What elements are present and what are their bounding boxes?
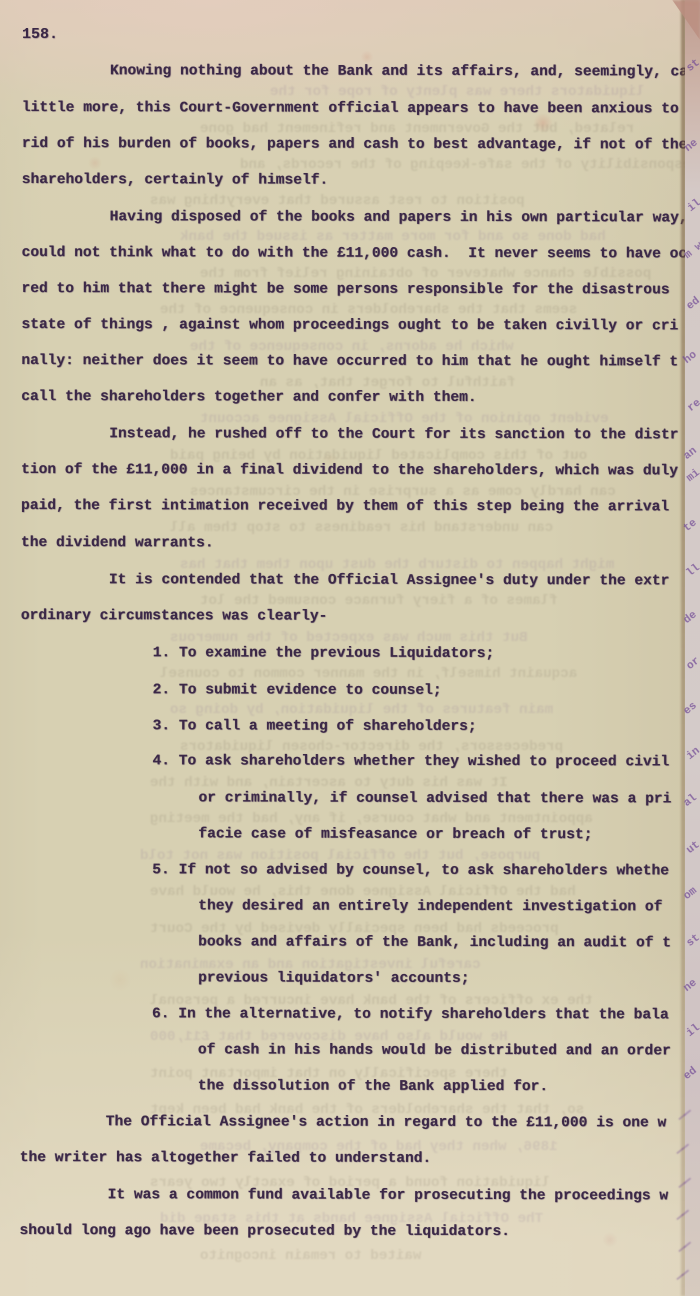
ink-mark: st	[685, 932, 700, 950]
ink-mark: de	[682, 609, 700, 627]
ink-mark: ne	[683, 137, 700, 155]
ink-mark: ——	[674, 1106, 694, 1126]
ink-mark: ——	[672, 1140, 692, 1160]
ink-mark: ll	[685, 562, 700, 580]
ink-mark: te	[682, 517, 700, 535]
ink-mark: in	[685, 745, 700, 763]
ink-mark: ut	[685, 839, 700, 857]
ink-mark: om	[682, 885, 700, 903]
ink-mark: il	[685, 1022, 700, 1040]
document-page: liquidators there was plenty of rope for…	[0, 0, 700, 1296]
ink-mark: al	[682, 792, 700, 810]
ink-mark: re	[686, 397, 700, 415]
ink-mark: ——	[674, 1174, 694, 1194]
ink-mark: mi	[685, 467, 700, 485]
ink-mark: es	[682, 700, 700, 718]
ink-mark: ——	[672, 1206, 692, 1226]
ink-mark: ——	[672, 1266, 692, 1286]
ink-mark: st	[685, 57, 700, 75]
ink-mark: m w	[682, 240, 700, 262]
ink-mark: ed	[682, 1065, 700, 1083]
ink-mark: ed	[685, 295, 700, 313]
ink-mark: ne	[682, 977, 700, 995]
ink-mark: or	[685, 655, 700, 673]
ink-mark: il	[686, 197, 700, 215]
ink-mark: ho	[682, 349, 700, 367]
edge-ink-marks: stneilm wedhoreanmitelldeoresinalutomstn…	[0, 0, 700, 1296]
ink-mark: ——	[674, 1238, 694, 1258]
ink-mark: an	[682, 445, 700, 463]
